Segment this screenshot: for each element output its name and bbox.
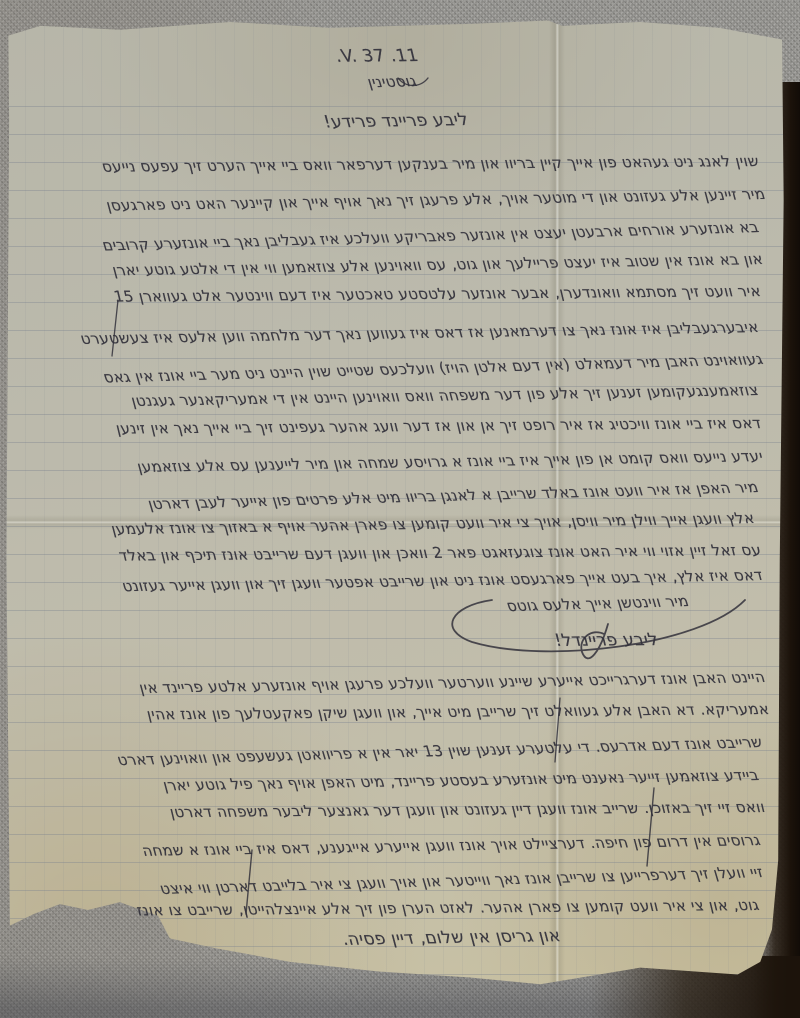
handwritten-place: גוסטינין	[365, 72, 419, 91]
handwritten-date: 11. V. 37.	[334, 46, 421, 67]
photo-of-handwritten-letter: { "photo": { "backdrop": "gray woven fab…	[0, 0, 800, 1018]
salutation-line: ליבע פריינד פרידע!	[322, 110, 471, 133]
signoff-line: און גריסן אין שלום, דיין פסיה.	[340, 926, 563, 950]
section-heading: ליבע פריינדל!	[553, 630, 661, 651]
